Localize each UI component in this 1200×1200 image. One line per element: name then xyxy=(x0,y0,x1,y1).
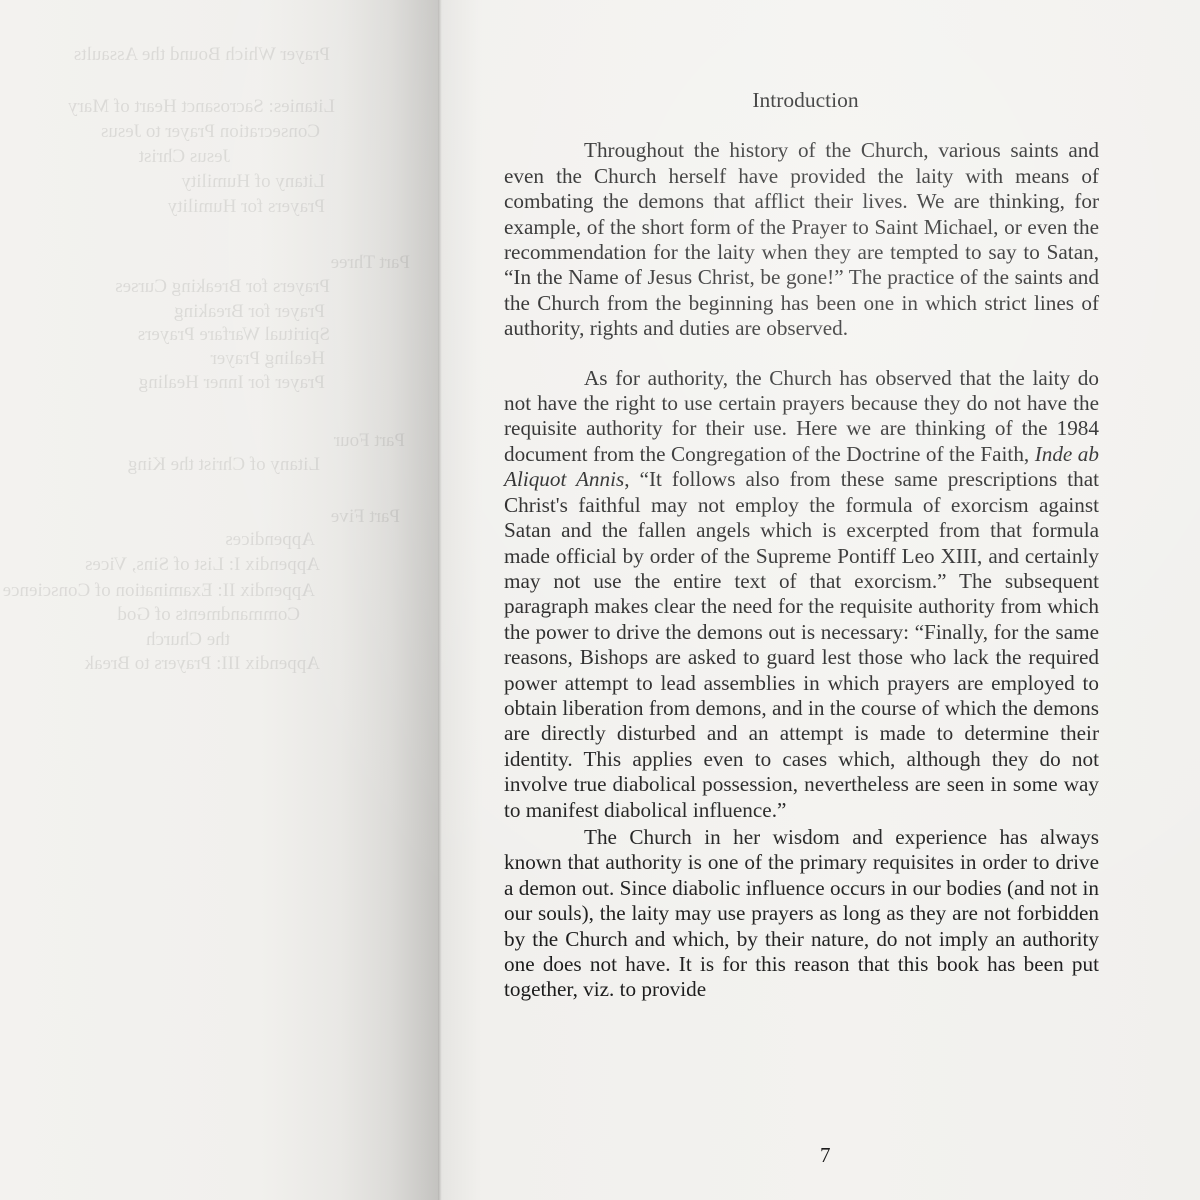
show-through-line: Appendix II: Examination of Conscience xyxy=(3,580,315,602)
show-through-line: Part Three xyxy=(331,252,410,274)
paragraph-2: As for authority, the Church has observe… xyxy=(504,366,1099,823)
show-through-line: Part Four xyxy=(334,430,405,452)
paragraph-1: Throughout the history of the Church, va… xyxy=(504,138,1099,341)
page-number: 7 xyxy=(820,1143,831,1168)
right-page: Introduction Throughout the history of t… xyxy=(442,0,1200,1200)
paragraph-2-text-a: As for authority, the Church has observe… xyxy=(504,366,1099,466)
page-text-block: Introduction Throughout the history of t… xyxy=(504,88,1099,1003)
show-through-line: Appendices xyxy=(225,529,315,551)
show-through-line: Prayer Which Bound the Assaults xyxy=(74,44,330,66)
show-through-line: Consecration Prayer to Jesus xyxy=(101,121,320,143)
show-through-line: Litanies: Sacrosanct Heart of Mary xyxy=(68,96,335,118)
show-through-line: Litany of Humility xyxy=(181,171,325,193)
show-through-line: Prayers for Humility xyxy=(168,196,325,218)
show-through-line: the Church xyxy=(146,629,230,651)
left-page: Prayer Which Bound the AssaultsLitanies:… xyxy=(0,0,440,1200)
paragraph-3: The Church in her wisdom and experience … xyxy=(504,825,1099,1003)
show-through-line: Spiritual Warfare Prayers xyxy=(138,324,330,346)
show-through-line: Prayers for Breaking Curses xyxy=(115,276,330,298)
show-through-line: Appendix I: List of Sins, Vices xyxy=(85,554,320,576)
show-through-line: Part Five xyxy=(331,506,400,528)
show-through-line: Prayer for Inner Healing xyxy=(139,372,325,394)
show-through-line: Commandments of God xyxy=(117,604,300,626)
show-through-line: Litany of Christ the King xyxy=(128,454,320,476)
show-through-line: Healing Prayer xyxy=(211,348,325,370)
show-through-line: Jesus Christ xyxy=(139,146,230,168)
show-through-line: Prayer for Breaking xyxy=(174,301,325,323)
paragraph-2-text-b: , “It follows also from these same presc… xyxy=(504,467,1099,821)
show-through-line: Appendix III: Prayers to Break xyxy=(85,653,320,675)
chapter-title: Introduction xyxy=(504,88,1099,113)
book-spread: Prayer Which Bound the AssaultsLitanies:… xyxy=(0,0,1200,1200)
